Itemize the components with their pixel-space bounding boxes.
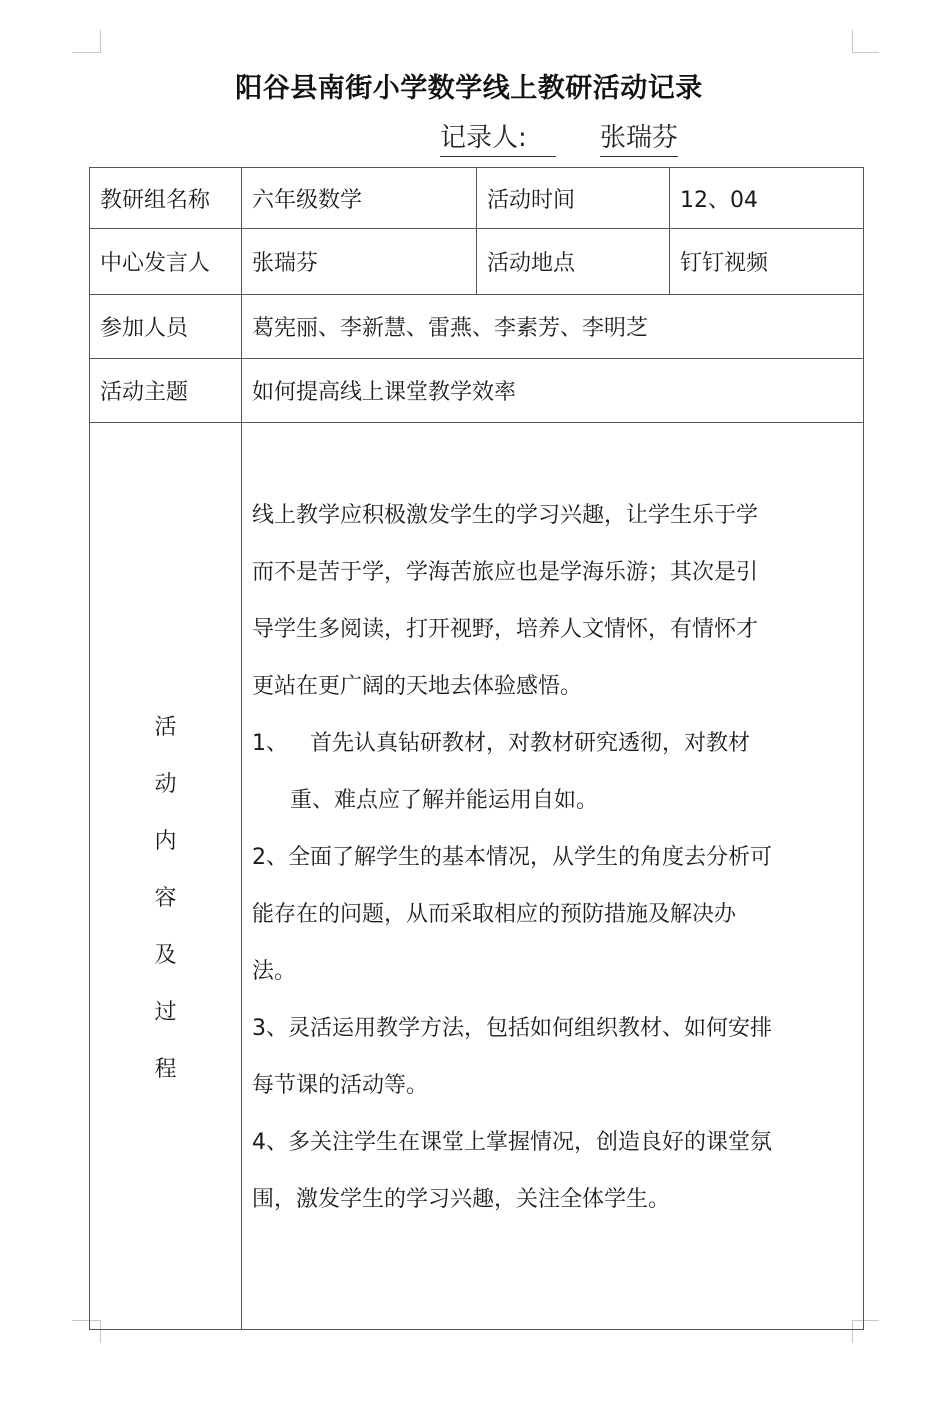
content-item-2: 2、全面了解学生的基本情况，从学生的角度去分析可	[252, 829, 853, 886]
content-item-2-cont: 能存在的问题，从而采取相应的预防措施及解决办	[252, 886, 853, 943]
content-item-1-cont: 重、难点应了解并能运用自如。	[252, 772, 853, 829]
content-item-4-cont: 围，激发学生的学习兴趣，关注全体学生。	[252, 1171, 853, 1228]
document-title: 阳谷县南街小学数学线上教研活动记录	[0, 66, 938, 105]
recorder-label: 记录人:	[440, 122, 556, 157]
content-intro-line: 更站在更广阔的天地去体验感悟。	[252, 658, 853, 715]
item-1-number: 1、	[252, 715, 310, 772]
content-intro-line: 线上教学应积极激发学生的学习兴趣，让学生乐于学	[252, 487, 853, 544]
content-item-3: 3、灵活运用教学方法，包括如何组织教材、如何安排	[252, 1000, 853, 1057]
content-item-2-cont: 法。	[252, 943, 853, 1000]
activity-time-label: 活动时间	[477, 168, 670, 229]
content-intro-line: 而不是苦于学，学海苦旅应也是学海乐游；其次是引	[252, 544, 853, 601]
activity-record-table: 教研组名称 六年级数学 活动时间 12、04 中心发言人 张瑞芬 活动地点 钉钉…	[89, 167, 864, 1330]
table-row-speaker: 中心发言人 张瑞芬 活动地点 钉钉视频	[90, 229, 864, 295]
content-item-4: 4、多关注学生在课堂上掌握情况，创造良好的课堂氛	[252, 1114, 853, 1171]
content-label-cell: 活 动 内 容 及 过 程	[90, 423, 242, 1330]
speaker-value: 张瑞芬	[242, 229, 477, 295]
content-item-3-cont: 每节课的活动等。	[252, 1057, 853, 1114]
crop-mark-top-right	[852, 30, 879, 53]
participants-value: 葛宪丽、李新慧、雷燕、李素芳、李明芝	[242, 295, 864, 359]
crop-mark-top-left	[72, 30, 101, 53]
content-body-cell: 线上教学应积极激发学生的学习兴趣，让学生乐于学 而不是苦于学，学海苦旅应也是学海…	[242, 423, 864, 1330]
recorder-name: 张瑞芬	[600, 122, 678, 157]
content-intro-line: 导学生多阅读，打开视野，培养人文情怀，有情怀才	[252, 601, 853, 658]
content-item-1: 1、首先认真钻研教材，对教材研究透彻，对教材	[252, 715, 853, 772]
content-vertical-label: 活 动 内 容 及 过 程	[100, 423, 241, 1112]
participants-label: 参加人员	[90, 295, 242, 359]
location-label: 活动地点	[477, 229, 670, 295]
activity-content: 线上教学应积极激发学生的学习兴趣，让学生乐于学 而不是苦于学，学海苦旅应也是学海…	[252, 423, 863, 1228]
speaker-label: 中心发言人	[90, 229, 242, 295]
table-row-participants: 参加人员 葛宪丽、李新慧、雷燕、李素芳、李明芝	[90, 295, 864, 359]
activity-time-value: 12、04	[670, 168, 864, 229]
group-name-label: 教研组名称	[90, 168, 242, 229]
table-row-theme: 活动主题 如何提高线上课堂教学效率	[90, 359, 864, 423]
theme-label: 活动主题	[90, 359, 242, 423]
table-row-group: 教研组名称 六年级数学 活动时间 12、04	[90, 168, 864, 229]
group-name-value: 六年级数学	[242, 168, 477, 229]
recorder-line: 记录人: 张瑞芬	[440, 122, 678, 157]
table-row-content: 活 动 内 容 及 过 程 线上教学应积极激发学生的学习兴趣，让学生乐于学 而不…	[90, 423, 864, 1330]
location-value: 钉钉视频	[670, 229, 864, 295]
theme-value: 如何提高线上课堂教学效率	[242, 359, 864, 423]
